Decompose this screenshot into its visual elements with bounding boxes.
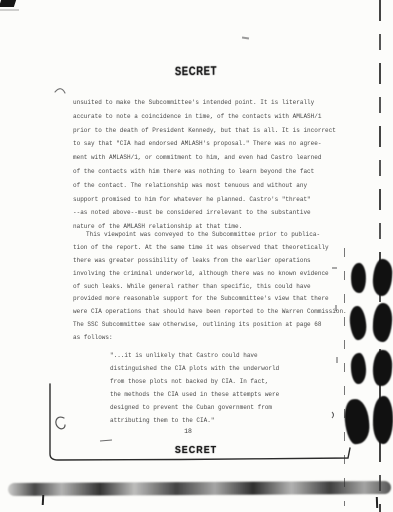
- text-line: unsuited to make the Subcommittee's inte…: [73, 96, 336, 110]
- scan-artifact-corner-mark: [0, 0, 16, 7]
- ink-blob: [350, 353, 367, 385]
- ink-blob: [372, 349, 393, 386]
- text-line: there was greater possibility of leaks f…: [73, 255, 347, 268]
- ink-blob: [348, 305, 367, 340]
- scan-artifact-corner-line: [0, 9, 19, 11]
- scan-artifact-tick: [42, 495, 45, 505]
- text-line: prior to the death of President Kennedy,…: [73, 124, 336, 138]
- scan-artifact-tick: [376, 497, 378, 508]
- block-quote: "...it is unlikely that Castro could hav…: [110, 349, 279, 427]
- ink-blob: [350, 263, 367, 294]
- text-line: of the contacts with him there was nothi…: [73, 165, 336, 179]
- page-number: 18: [178, 428, 198, 435]
- paragraph-1: unsuited to make the Subcommittee's inte…: [73, 96, 336, 234]
- text-line: from those plots not backed by CIA. In f…: [110, 375, 279, 388]
- ink-blob: [372, 303, 392, 343]
- text-line: distinguished the CIA plots with the und…: [110, 362, 279, 375]
- ink-blob: [372, 259, 393, 297]
- text-line: The SSC Subcommittee saw otherwise, outl…: [73, 319, 347, 332]
- text-line: of such leaks. While general rather than…: [73, 281, 347, 294]
- classification-stamp-top: SECRET: [173, 66, 219, 79]
- text-line: involving the criminal underworld, altho…: [73, 268, 347, 281]
- text-line: were CIA operations that should have bee…: [73, 306, 347, 319]
- text-line: provided more reasonable support for the…: [73, 293, 347, 306]
- scan-artifact-dash: [242, 37, 249, 40]
- text-line: the methods the CIA used in these attemp…: [110, 388, 279, 401]
- scanned-document-page: SECRET unsuited to make the Subcommittee…: [0, 0, 393, 512]
- text-line: support promised to him for whatever he …: [73, 193, 336, 207]
- scan-artifact-inner-line: [344, 248, 345, 506]
- classification-stamp-bottom: SECRET: [172, 444, 220, 456]
- text-line: This viewpoint was conveyed to the Subco…: [73, 229, 347, 242]
- text-line: accurate to note a coincidence in time, …: [73, 110, 336, 124]
- text-line: to say that "CIA had endorsed AMLASH's p…: [73, 137, 336, 151]
- text-line: --as noted above--must be considered irr…: [73, 206, 336, 220]
- text-line: tion of the report. At the same time it …: [73, 242, 347, 255]
- ink-blob: [343, 398, 371, 445]
- text-line: designed to prevent the Cuban government…: [110, 401, 279, 414]
- text-line: as follows:: [73, 332, 347, 345]
- text-line: of the contact. The relationship was mos…: [73, 179, 336, 193]
- paragraph-2: This viewpoint was conveyed to the Subco…: [73, 229, 347, 345]
- text-line: ment with AMLASH/1, or commitment to him…: [73, 151, 336, 165]
- text-line: "...it is unlikely that Castro could hav…: [110, 349, 279, 362]
- ink-blob: [372, 396, 393, 445]
- scan-artifact-smudge-band: [8, 481, 391, 496]
- text-line: attributing them to the CIA.": [110, 414, 279, 427]
